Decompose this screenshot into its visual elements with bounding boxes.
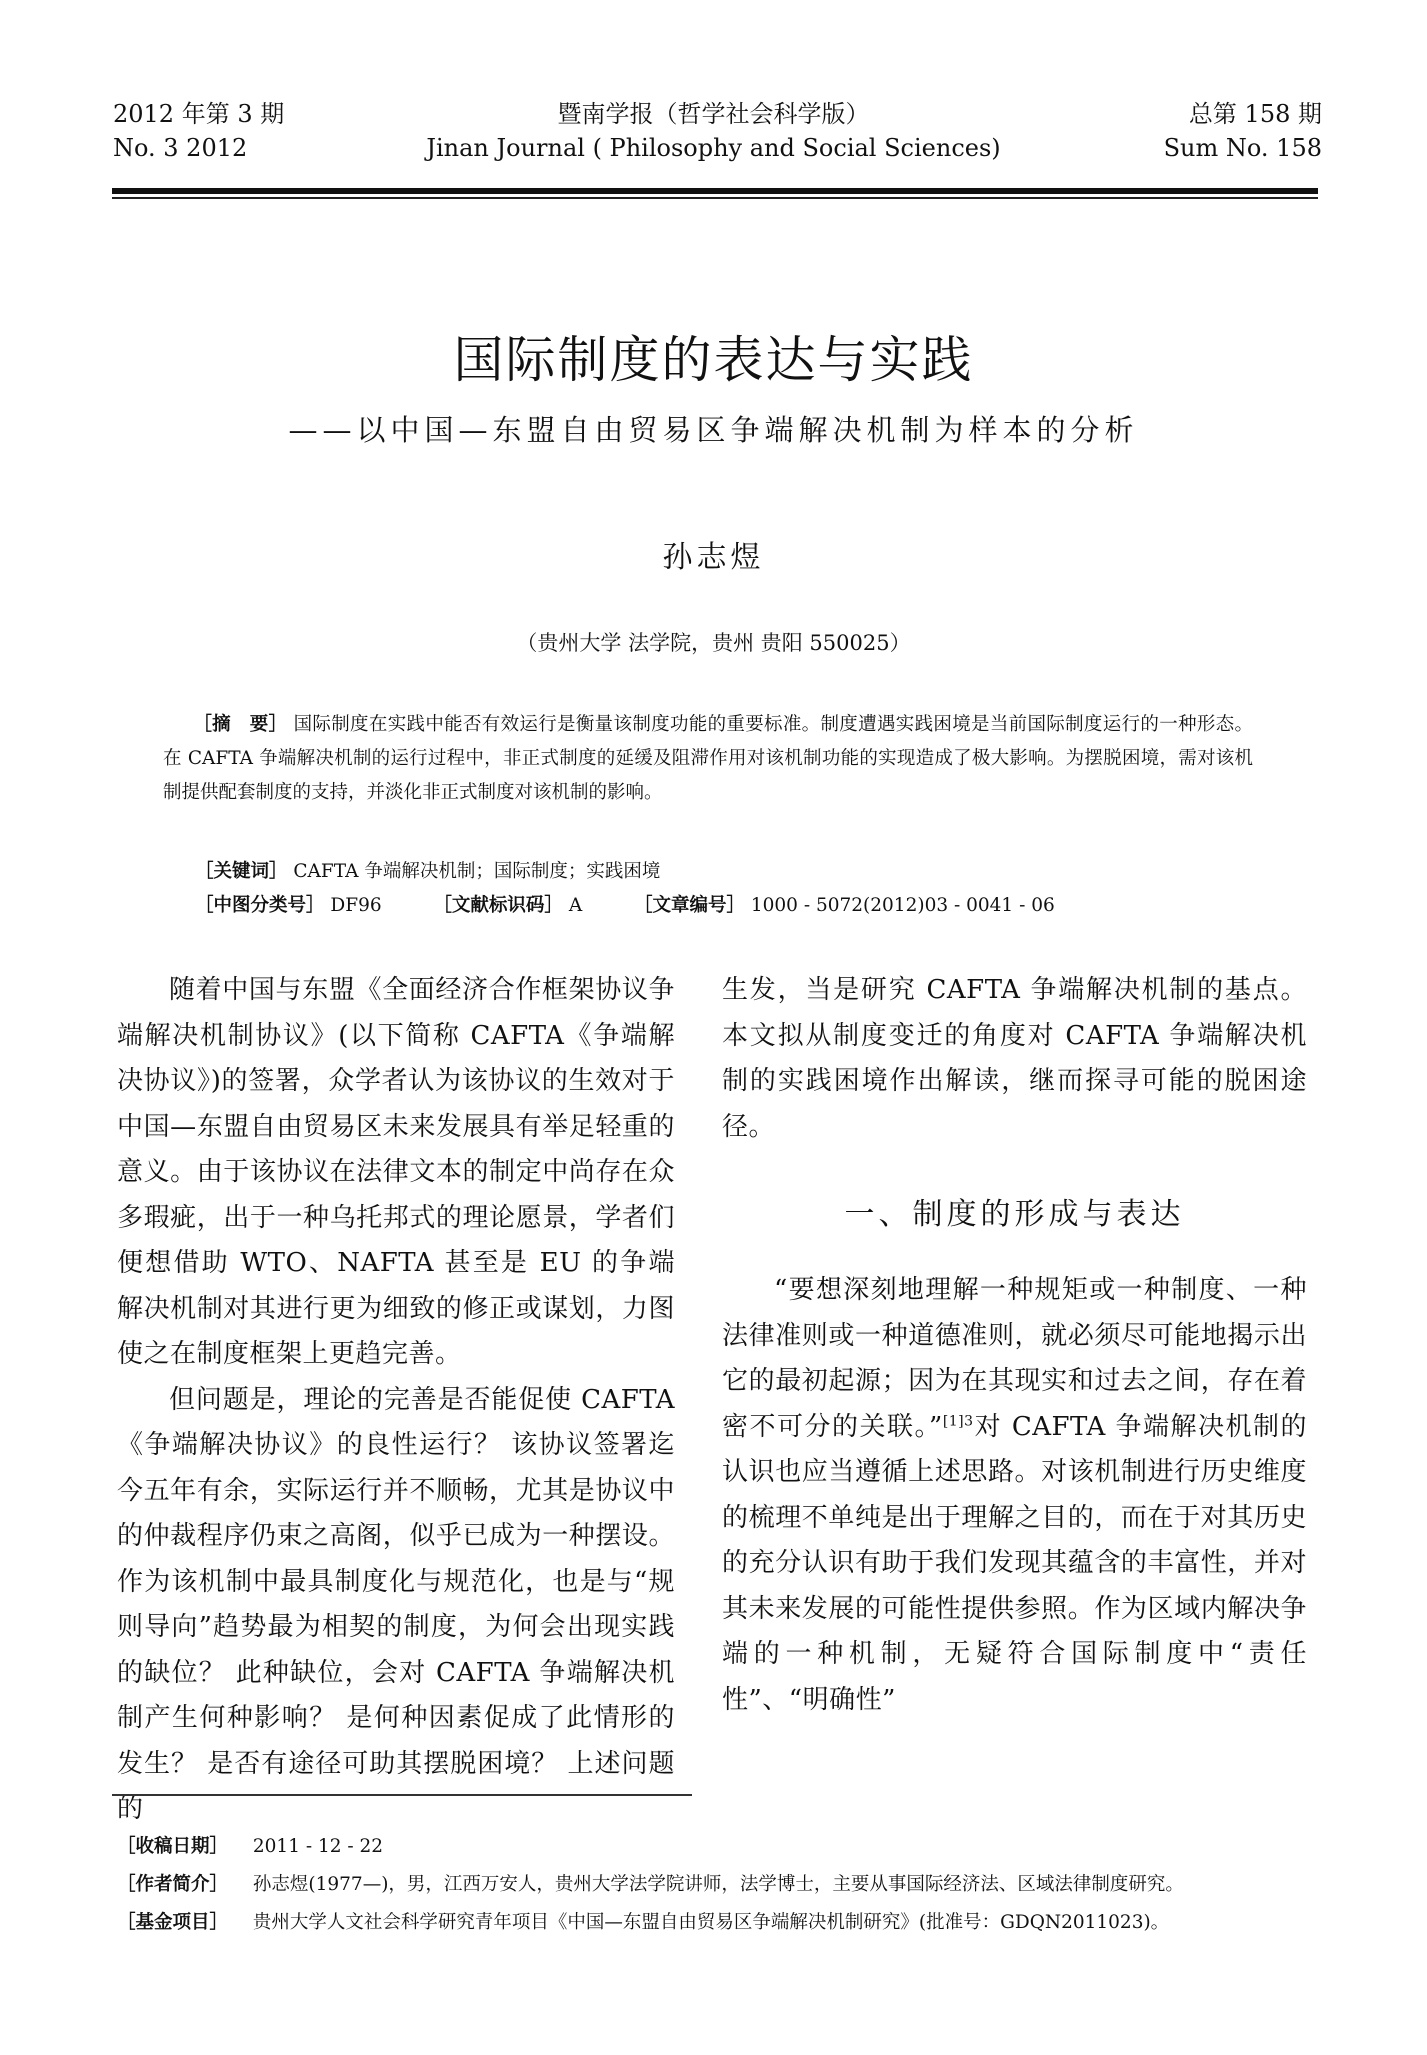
article-subtitle: ——以中国—东盟自由贸易区争端解决机制为样本的分析 <box>0 410 1427 450</box>
received-value: 2011 - 12 - 22 <box>253 1836 383 1857</box>
abstract: ［摘 要］ 国际制度在实践中能否有效运行是衡量该制度功能的重要标准。制度遭遇实践… <box>163 708 1253 810</box>
sum-issue-cn: 总第 158 期 <box>1164 97 1322 131</box>
body-paragraph: “要想深刻地理解一种规矩或一种制度、一种法律准则或一种道德准则，就必须尽可能地揭… <box>722 1268 1307 1723</box>
author-bio-label: ［作者简介］ <box>117 1870 247 1900</box>
paragraph-text: 对 CAFTA 争端解决机制的认识也应当遵循上述思路。对该机制进行历史维度的梳理… <box>722 1412 1307 1715</box>
article-no-label: ［文章编号］ <box>634 895 745 916</box>
author-name: 孙志煜 <box>0 538 1427 578</box>
keywords-label: ［关键词］ <box>195 861 288 882</box>
author-bio-value: 孙志煜(1977—)，男，江西万安人，贵州大学法学院讲师，法学博士，主要从事国际… <box>253 1874 1184 1895</box>
article-title: 国际制度的表达与实践 <box>0 327 1427 393</box>
body-paragraph: 随着中国与东盟《全面经济合作框架协议争端解决机制协议》(以下简称 CAFTA《争… <box>117 968 675 1378</box>
body-paragraph: 但问题是，理论的完善是否能促使 CAFTA《争端解决协议》的良性运行？ 该协议签… <box>117 1378 675 1833</box>
footnote-received: ［收稿日期］ 2011 - 12 - 22 <box>117 1832 1327 1862</box>
body-paragraph-continuation: 生发，当是研究 CAFTA 争端解决机制的基点。本文拟从制度变迁的角度对 CAF… <box>722 968 1307 1150</box>
footnote-author-bio: ［作者简介］ 孙志煜(1977—)，男，江西万安人，贵州大学法学院讲师，法学博士… <box>117 1870 1327 1900</box>
abstract-label: ［摘 要］ <box>193 714 287 735</box>
section-heading: 一、制度的形成与表达 <box>722 1193 1307 1237</box>
doc-code-value: A <box>569 895 582 916</box>
fund-label: ［基金项目］ <box>117 1908 247 1938</box>
footnote-fund: ［基金项目］ 贵州大学人文社会科学研究青年项目《中国—东盟自由贸易区争端解决机制… <box>117 1908 1327 1938</box>
classification-line: ［中图分类号］ DF96 ［文献标识码］ A ［文章编号］ 1000 - 507… <box>195 891 1055 921</box>
citation-ref[interactable]: [1]3 <box>943 1413 974 1429</box>
header-rule-thick <box>112 188 1318 194</box>
body-left-column: 随着中国与东盟《全面经济合作框架协议争端解决机制协议》(以下简称 CAFTA《争… <box>117 968 675 1833</box>
clc-label: ［中图分类号］ <box>195 895 325 916</box>
received-label: ［收稿日期］ <box>117 1832 247 1862</box>
fund-value: 贵州大学人文社会科学研究青年项目《中国—东盟自由贸易区争端解决机制研究》(批准号… <box>253 1912 1169 1933</box>
doc-code-label: ［文献标识码］ <box>433 895 563 916</box>
author-affiliation: （贵州大学 法学院，贵州 贵阳 550025） <box>0 628 1427 658</box>
keywords: ［关键词］ CAFTA 争端解决机制；国际制度；实践困境 <box>195 857 660 887</box>
header-rule-thin <box>112 197 1318 199</box>
footnote-rule <box>112 1794 692 1796</box>
article-no-value: 1000 - 5072(2012)03 - 0041 - 06 <box>751 895 1055 916</box>
clc-value: DF96 <box>330 895 381 916</box>
journal-issue-right: 总第 158 期 Sum No. 158 <box>1164 97 1322 165</box>
keywords-text: CAFTA 争端解决机制；国际制度；实践困境 <box>293 861 660 882</box>
abstract-text: 国际制度在实践中能否有效运行是衡量该制度功能的重要标准。制度遭遇实践困境是当前国… <box>163 714 1253 803</box>
sum-issue-en: Sum No. 158 <box>1164 131 1322 165</box>
body-right-column-bottom: “要想深刻地理解一种规矩或一种制度、一种法律准则或一种道德准则，就必须尽可能地揭… <box>722 1268 1307 1723</box>
body-right-column-top: 生发，当是研究 CAFTA 争端解决机制的基点。本文拟从制度变迁的角度对 CAF… <box>722 968 1307 1150</box>
